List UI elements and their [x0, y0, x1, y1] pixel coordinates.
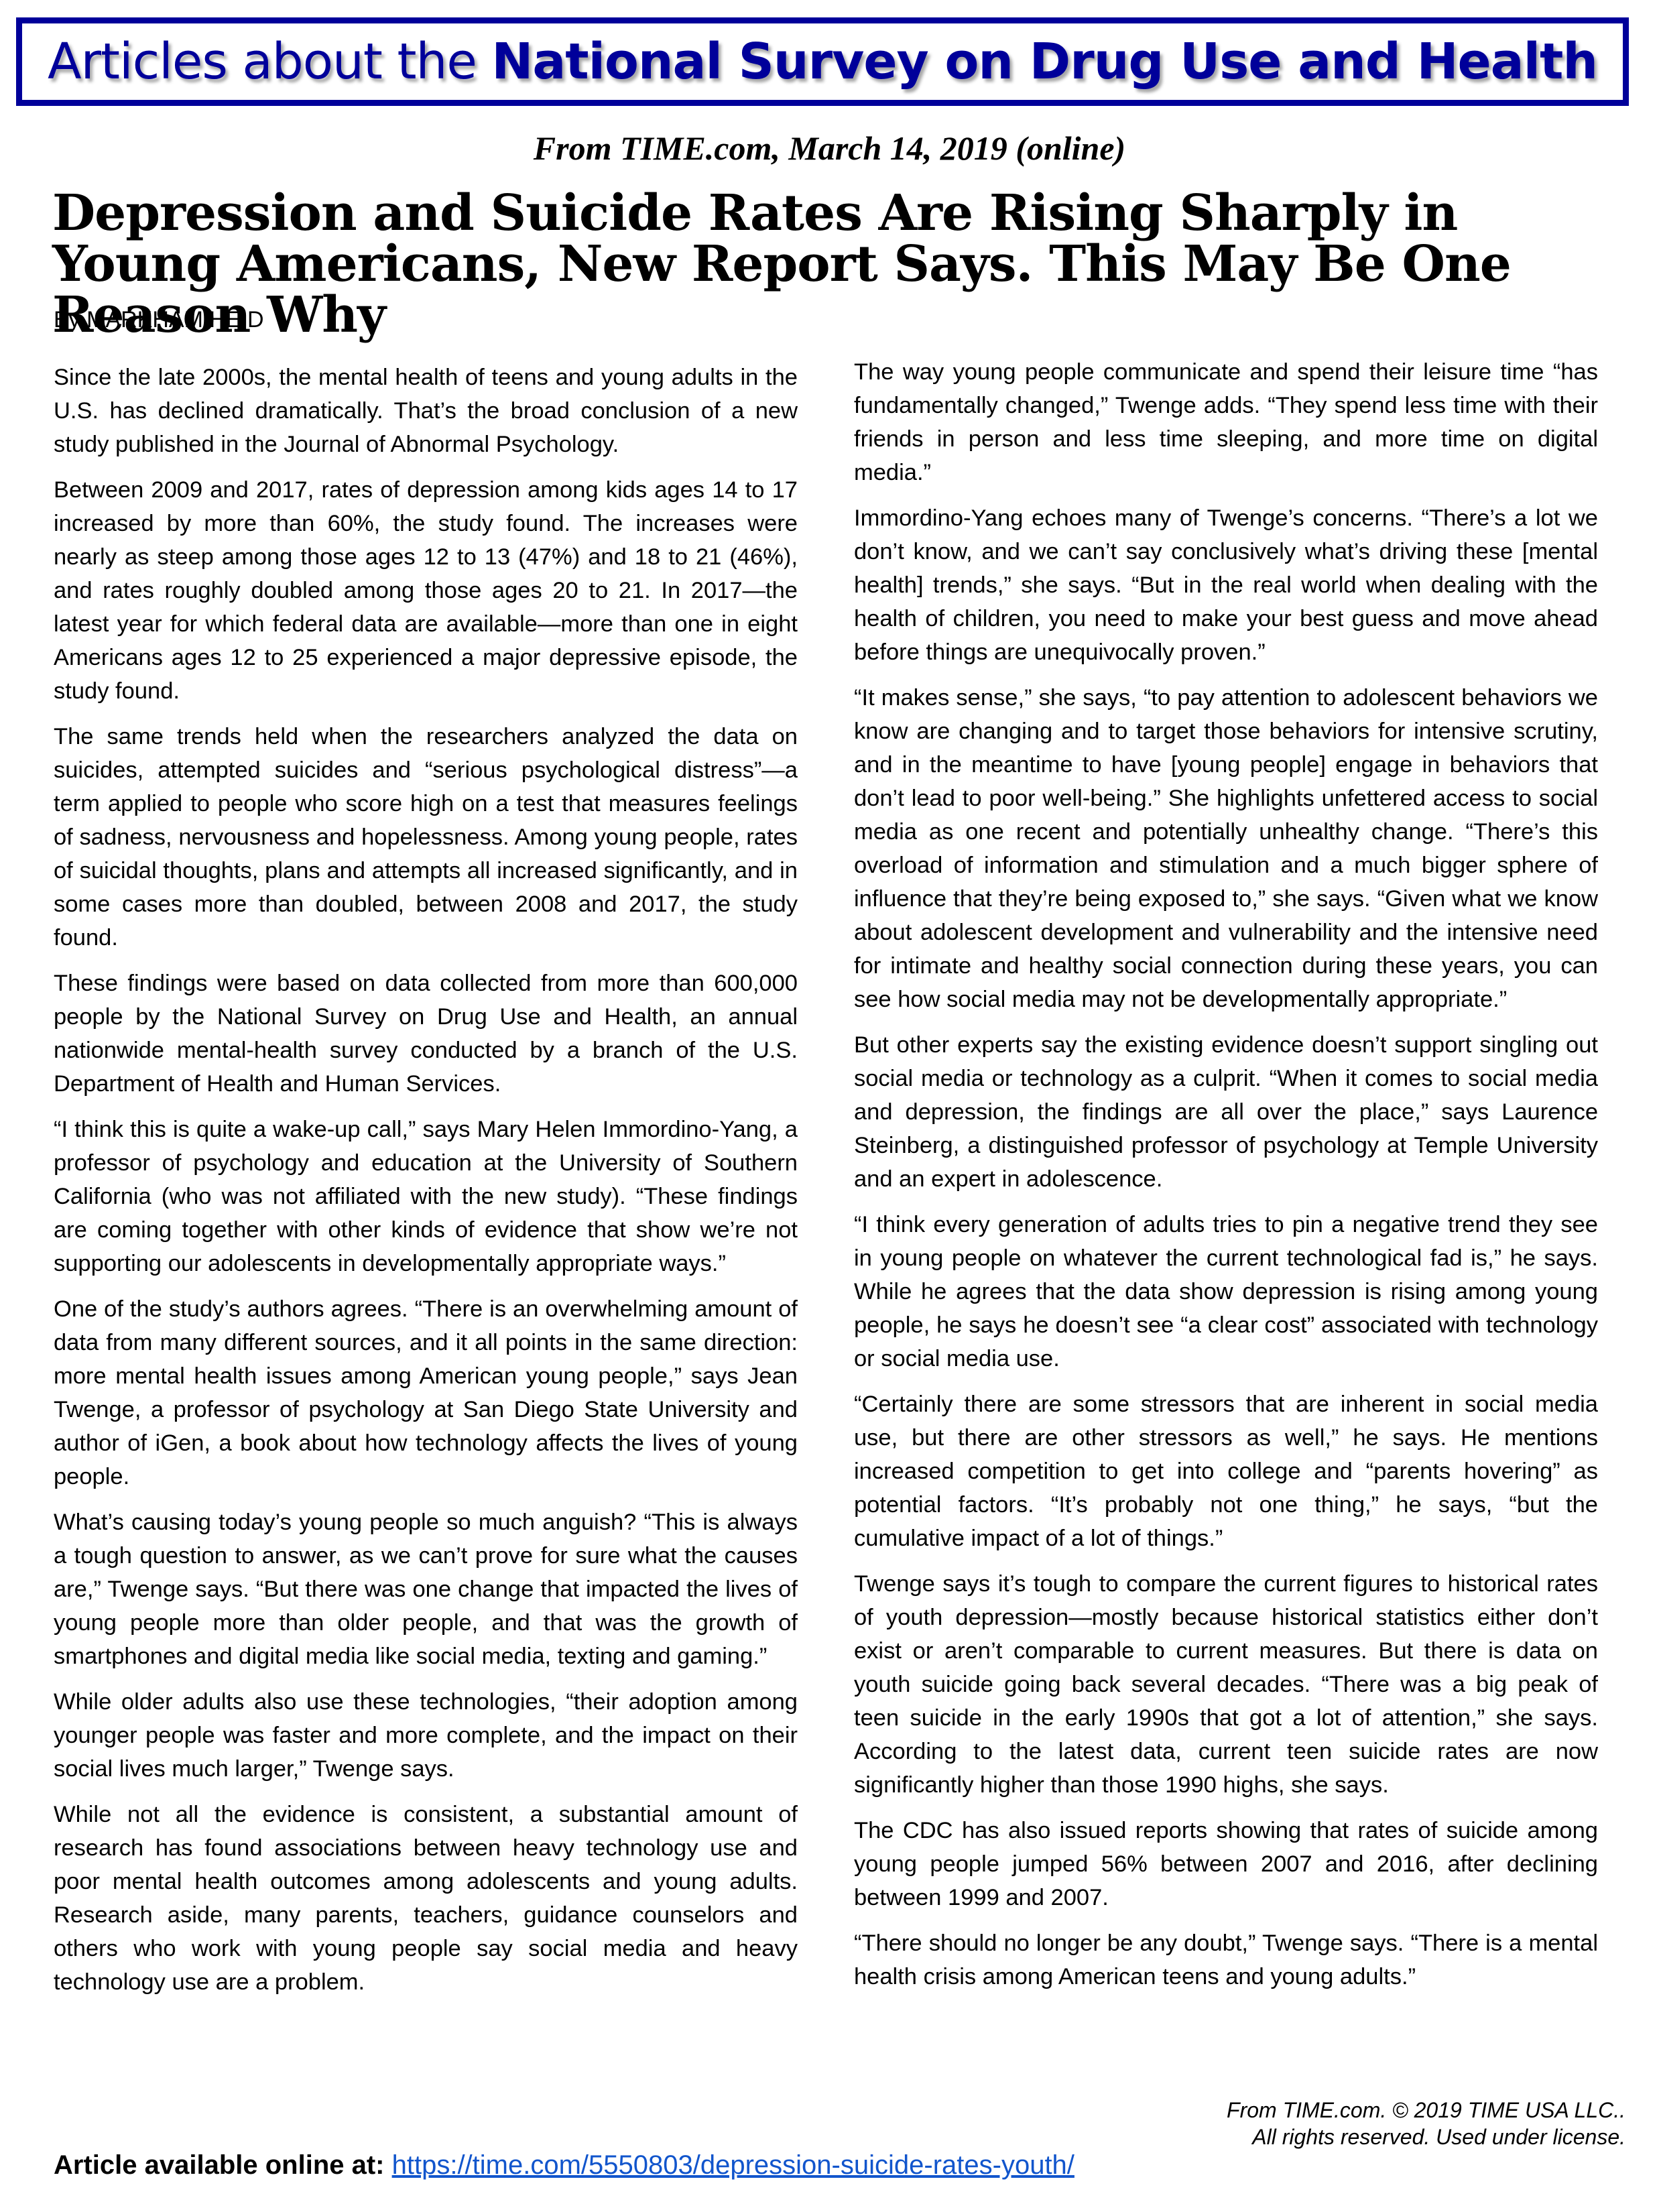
header-banner: Articles about the National Survey on Dr… [16, 17, 1629, 106]
article-headline: Depression and Suicide Rates Are Rising … [52, 188, 1634, 341]
paragraph: “There should no longer be any doubt,” T… [854, 1926, 1598, 1993]
paragraph: What’s causing today’s young people so m… [54, 1506, 798, 1673]
banner-title: Articles about the National Survey on Dr… [48, 33, 1597, 90]
paragraph: One of the study’s authors agrees. “Ther… [54, 1292, 798, 1493]
article-column-left: Since the late 2000s, the mental health … [54, 361, 798, 2011]
paragraph: The CDC has also issued reports showing … [854, 1814, 1598, 1914]
article-column-right: The way young people communicate and spe… [854, 355, 1598, 2006]
footer-label: Article available online at: [54, 2150, 392, 2180]
credit-line-2: All rights reserved. Used under license. [1227, 2124, 1625, 2150]
paragraph: The way young people communicate and spe… [854, 355, 1598, 489]
source-line: From TIME.com, March 14, 2019 (online) [0, 129, 1659, 168]
paragraph: While not all the evidence is consistent… [54, 1798, 798, 1999]
paragraph: But other experts say the existing evide… [854, 1028, 1598, 1196]
paragraph: Twenge says it’s tough to compare the cu… [854, 1567, 1598, 1802]
paragraph: Since the late 2000s, the mental health … [54, 361, 798, 461]
paragraph: While older adults also use these techno… [54, 1685, 798, 1786]
paragraph: The same trends held when the researcher… [54, 720, 798, 955]
copyright-credit: From TIME.com. © 2019 TIME USA LLC.. All… [1227, 2097, 1625, 2150]
paragraph: Between 2009 and 2017, rates of depressi… [54, 473, 798, 708]
credit-line-1: From TIME.com. © 2019 TIME USA LLC.. [1227, 2097, 1625, 2124]
paragraph: “Certainly there are some stressors that… [854, 1388, 1598, 1555]
banner-prefix: Articles about the [48, 33, 491, 90]
byline: By MARKHAM HEID [54, 307, 264, 333]
article-link[interactable]: https://time.com/5550803/depression-suic… [392, 2150, 1074, 2180]
footer: Article available online at: https://tim… [54, 2150, 1074, 2180]
paragraph: These findings were based on data collec… [54, 967, 798, 1101]
banner-survey-name: National Survey on Drug Use and Health [491, 33, 1597, 90]
paragraph: Immordino-Yang echoes many of Twenge’s c… [854, 501, 1598, 669]
paragraph: “It makes sense,” she says, “to pay atte… [854, 681, 1598, 1016]
paragraph: “I think every generation of adults trie… [854, 1208, 1598, 1375]
paragraph: “I think this is quite a wake-up call,” … [54, 1113, 798, 1280]
